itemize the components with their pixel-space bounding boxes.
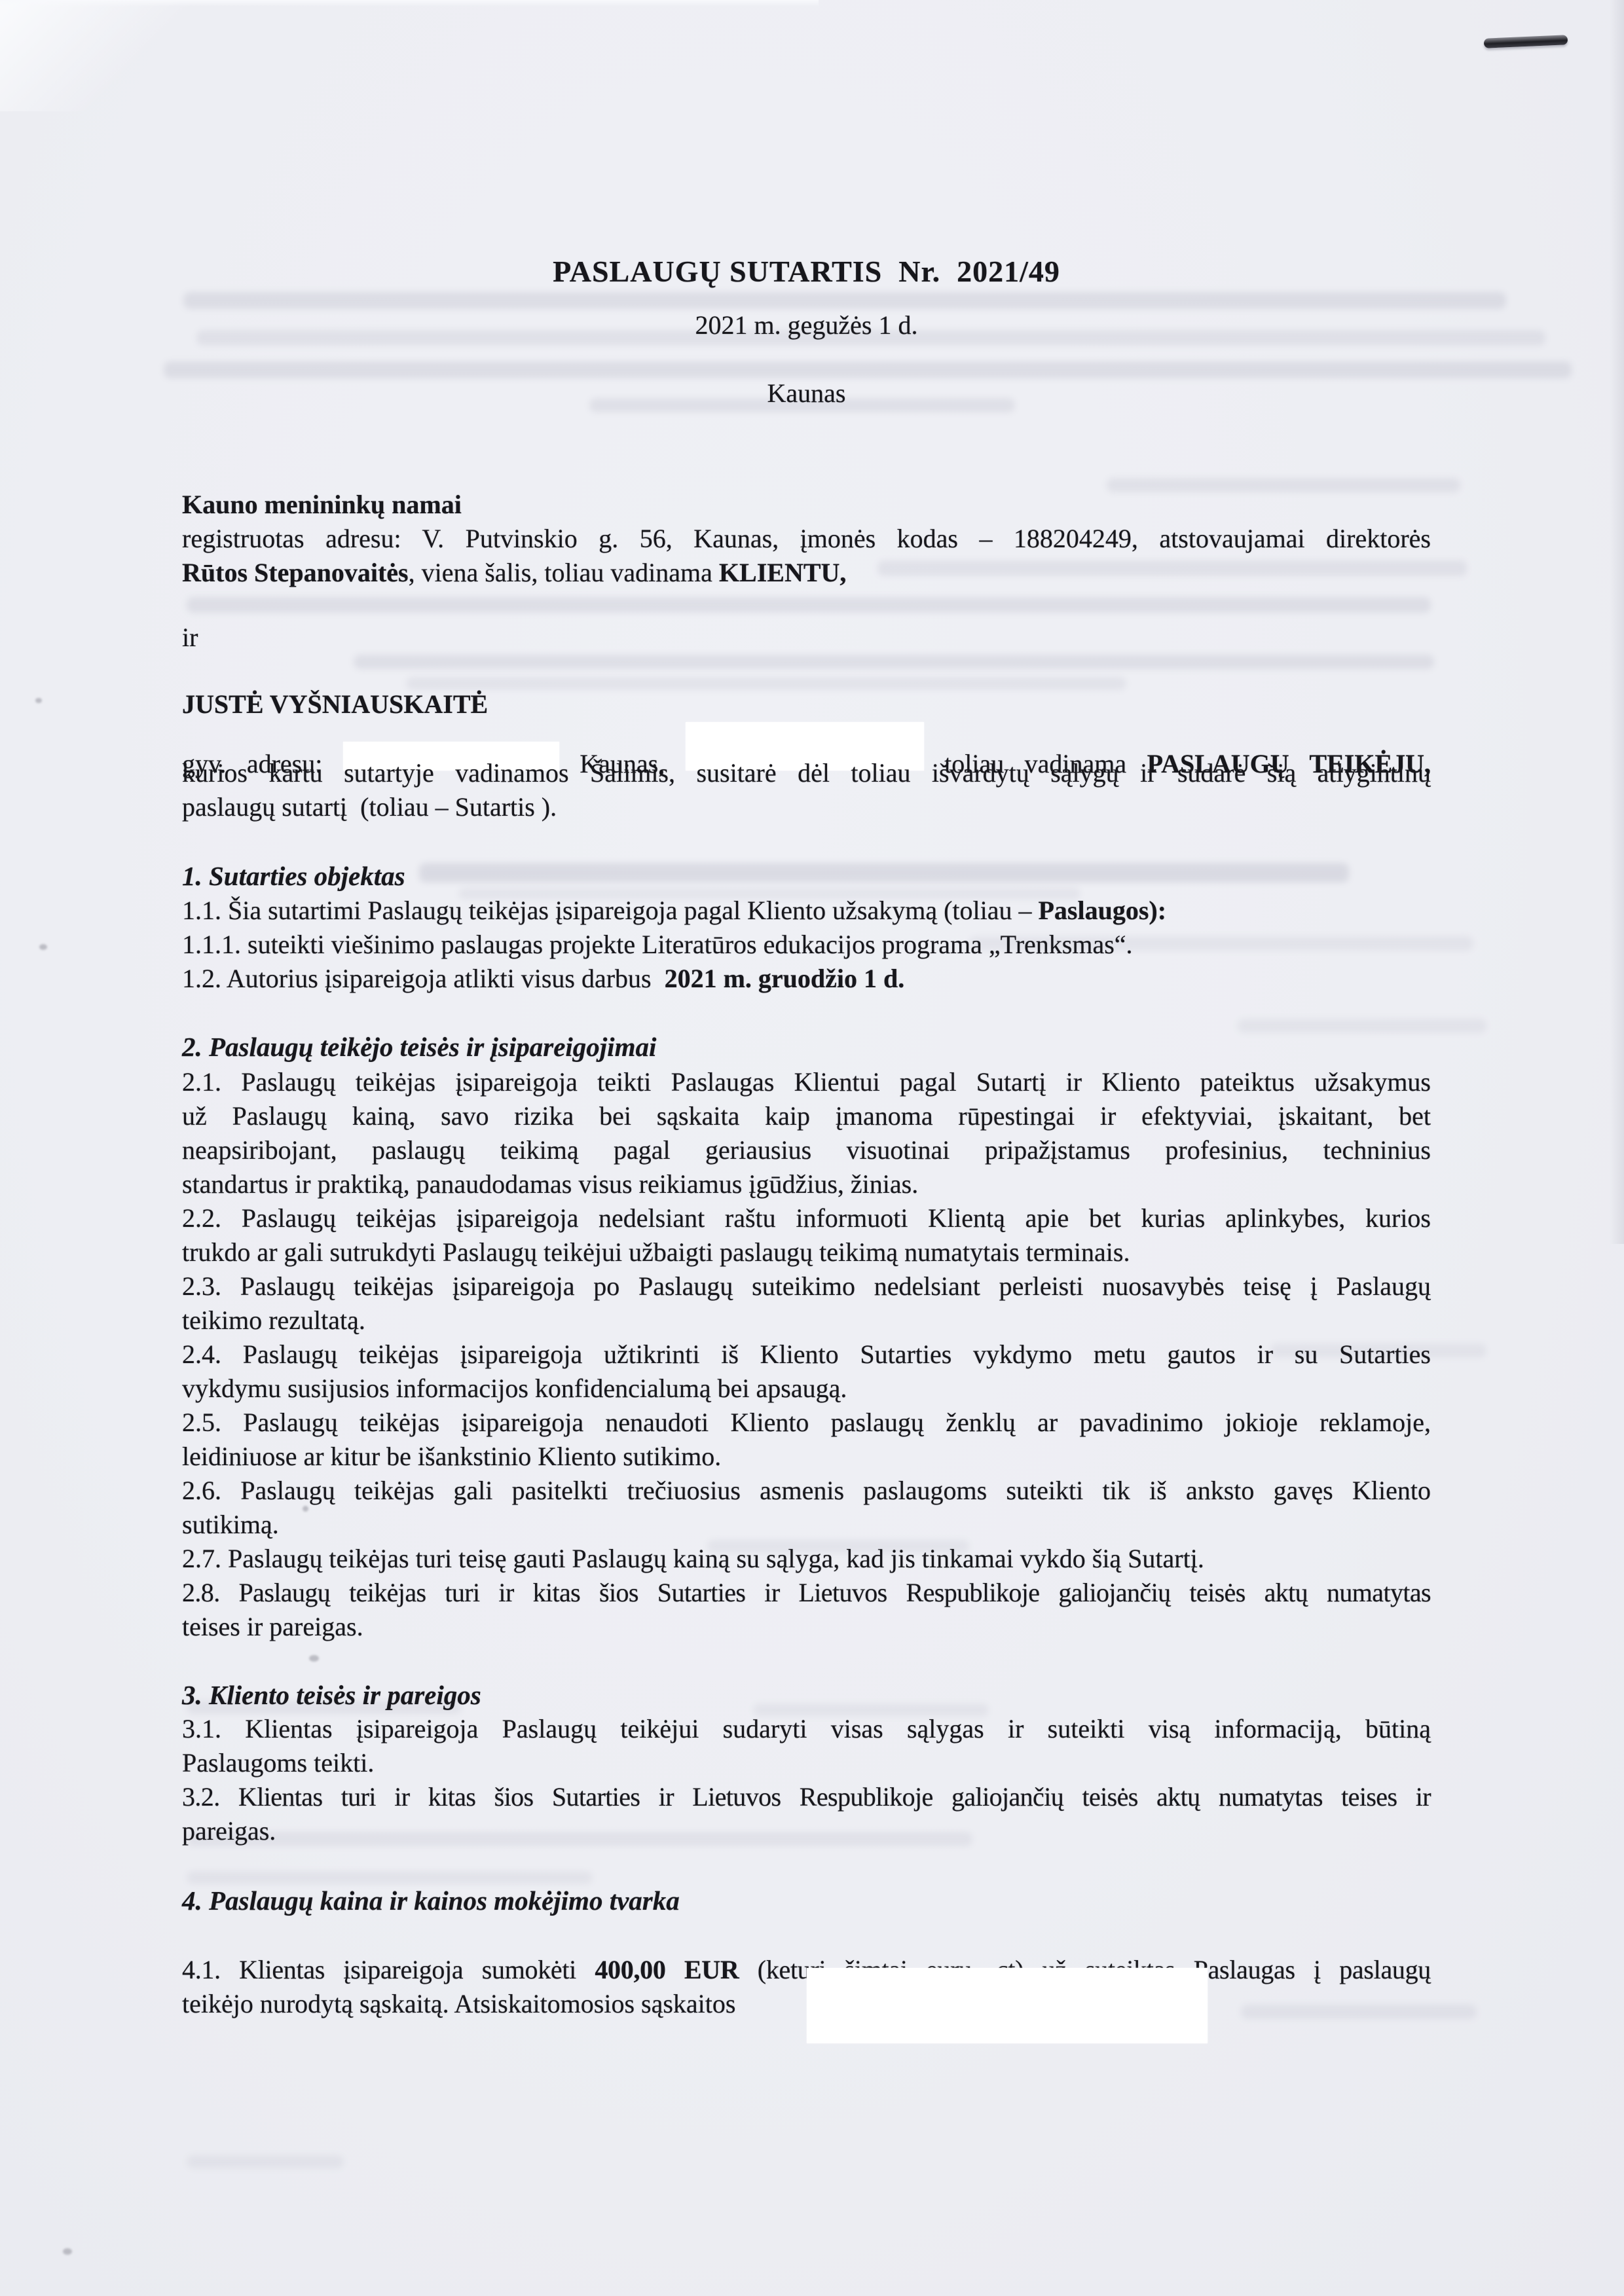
bleedthrough-artifact	[187, 597, 1431, 613]
bleedthrough-artifact	[354, 655, 1434, 669]
clause-3-2-line: pareigas.	[182, 1814, 1431, 1848]
client-representative-name: Rūtos Stepanovaitės	[182, 558, 409, 587]
clause-2-5-line: leidiniuose ar kitur be išankstinio Klie…	[182, 1440, 1431, 1474]
clause-2-2: 2.2. Paslaugų teikėjas įsipareigoja nede…	[182, 1201, 1431, 1235]
parties-conjunction: ir	[182, 621, 1431, 655]
redaction-box-bank-account	[807, 1968, 1208, 2043]
clause-2-4: 2.4. Paslaugų teikėjas įsipareigoja užti…	[182, 1338, 1431, 1372]
section-1-heading: 1. Sutarties objektas	[182, 859, 1431, 893]
contract-document: PASLAUGŲ SUTARTIS Nr. 2021/49 2021 m. ge…	[0, 0, 1624, 2296]
section-3-heading: 3. Kliento teisės ir pareigos	[182, 1678, 1431, 1712]
scanned-contract-page: { "document": { "title": "PASLAUGŲ SUTAR…	[0, 0, 1624, 2296]
clause-3-2: 3.2. Klientas turi ir kitas šios Sutarti…	[182, 1780, 1431, 1814]
section-2-heading: 2. Paslaugų teikėjo teisės ir įsipareigo…	[182, 1030, 1431, 1064]
scan-edge-highlight	[0, 0, 819, 7]
clause-2-3: 2.3. Paslaugų teikėjas įsipareigoja po P…	[182, 1269, 1431, 1303]
clause-2-2-line: trukdo ar gali sutrukdyti Paslaugų teikė…	[182, 1235, 1431, 1269]
clause-2-1-line: neapsiribojant, paslaugų teikimą pagal g…	[182, 1133, 1431, 1167]
client-representative-line: Rūtos Stepanovaitės, viena šalis, toliau…	[182, 556, 1431, 590]
clause-3-1-line: Paslaugoms teikti.	[182, 1746, 1431, 1780]
clause-2-7: 2.7. Paslaugų teikėjas turi teisę gauti …	[182, 1542, 1431, 1576]
clause-1-2: 1.2. Autorius įsipareigoja atlikti visus…	[182, 962, 1431, 996]
clause-1-1-1: 1.1.1. suteikti viešinimo paslaugas proj…	[182, 928, 1431, 962]
contract-title: PASLAUGŲ SUTARTIS Nr. 2021/49	[182, 254, 1431, 289]
scan-speck	[309, 1655, 319, 1662]
bleedthrough-artifact	[187, 2155, 344, 2168]
clause-1-1: 1.1. Šia sutartimi Paslaugų teikėjas įsi…	[182, 894, 1431, 928]
parties-agreement-line: kurios kartu sutartyje vadinamos Šalimis…	[182, 756, 1431, 790]
section-4-heading: 4. Paslaugų kaina ir kainos mokėjimo tva…	[182, 1884, 1431, 1918]
clause-2-1-line: standartus ir praktiką, panaudodamas vis…	[182, 1167, 1431, 1201]
clause-2-6-line: sutikimą.	[182, 1508, 1431, 1542]
bleedthrough-artifact	[187, 1871, 593, 1884]
clause-2-4-line: vykdymu susijusios informacijos konfiden…	[182, 1372, 1431, 1406]
client-name: Kauno menininkų namai	[182, 488, 1431, 522]
defined-term-paslaugos: Paslaugos):	[1038, 896, 1166, 925]
clause-2-6: 2.6. Paslaugų teikėjas gali pasitelkti t…	[182, 1474, 1431, 1508]
bleedthrough-artifact	[183, 292, 1506, 309]
client-role-label: KLIENTU,	[719, 558, 847, 587]
clause-2-5: 2.5. Paslaugų teikėjas įsipareigoja nena…	[182, 1406, 1431, 1440]
provider-address-line: gyv. adresu: Kaunas, toliau vadinama PAS…	[182, 722, 1431, 756]
clause-2-1: 2.1. Paslaugų teikėjas įsipareigoja teik…	[182, 1065, 1431, 1099]
scan-corner-highlight	[0, 0, 196, 111]
clause-2-1-line: už Paslaugų kainą, savo rizika bei sąska…	[182, 1099, 1431, 1133]
client-registration-line: registruotas adresu: V. Putvinskio g. 56…	[182, 522, 1431, 556]
deadline-date: 2021 m. gruodžio 1 d.	[665, 964, 905, 993]
clause-2-8: 2.8. Paslaugų teikėjas turi ir kitas šio…	[182, 1576, 1431, 1610]
contract-date: 2021 m. gegužės 1 d.	[182, 308, 1431, 342]
contract-amount: 400,00 EUR	[595, 1955, 739, 1984]
contract-place: Kaunas	[182, 376, 1431, 410]
provider-name: JUSTĖ VYŠNIAUSKAITĖ	[182, 687, 1431, 721]
scan-speck	[63, 2248, 72, 2255]
clause-2-8-line: teises ir pareigas.	[182, 1610, 1431, 1644]
parties-agreement-line-end: paslaugų sutartį (toliau – Sutartis ).	[182, 790, 1431, 824]
clause-3-1: 3.1. Klientas įsipareigoja Paslaugų teik…	[182, 1712, 1431, 1746]
scan-speck	[39, 944, 47, 950]
client-role-text: , viena šalis, toliau vadinama	[409, 558, 719, 587]
staple-mark	[1484, 35, 1568, 48]
scan-speck	[35, 698, 42, 703]
scan-edge-shadow	[1610, 0, 1624, 1244]
clause-2-3-line: teikimo rezultatą.	[182, 1303, 1431, 1338]
